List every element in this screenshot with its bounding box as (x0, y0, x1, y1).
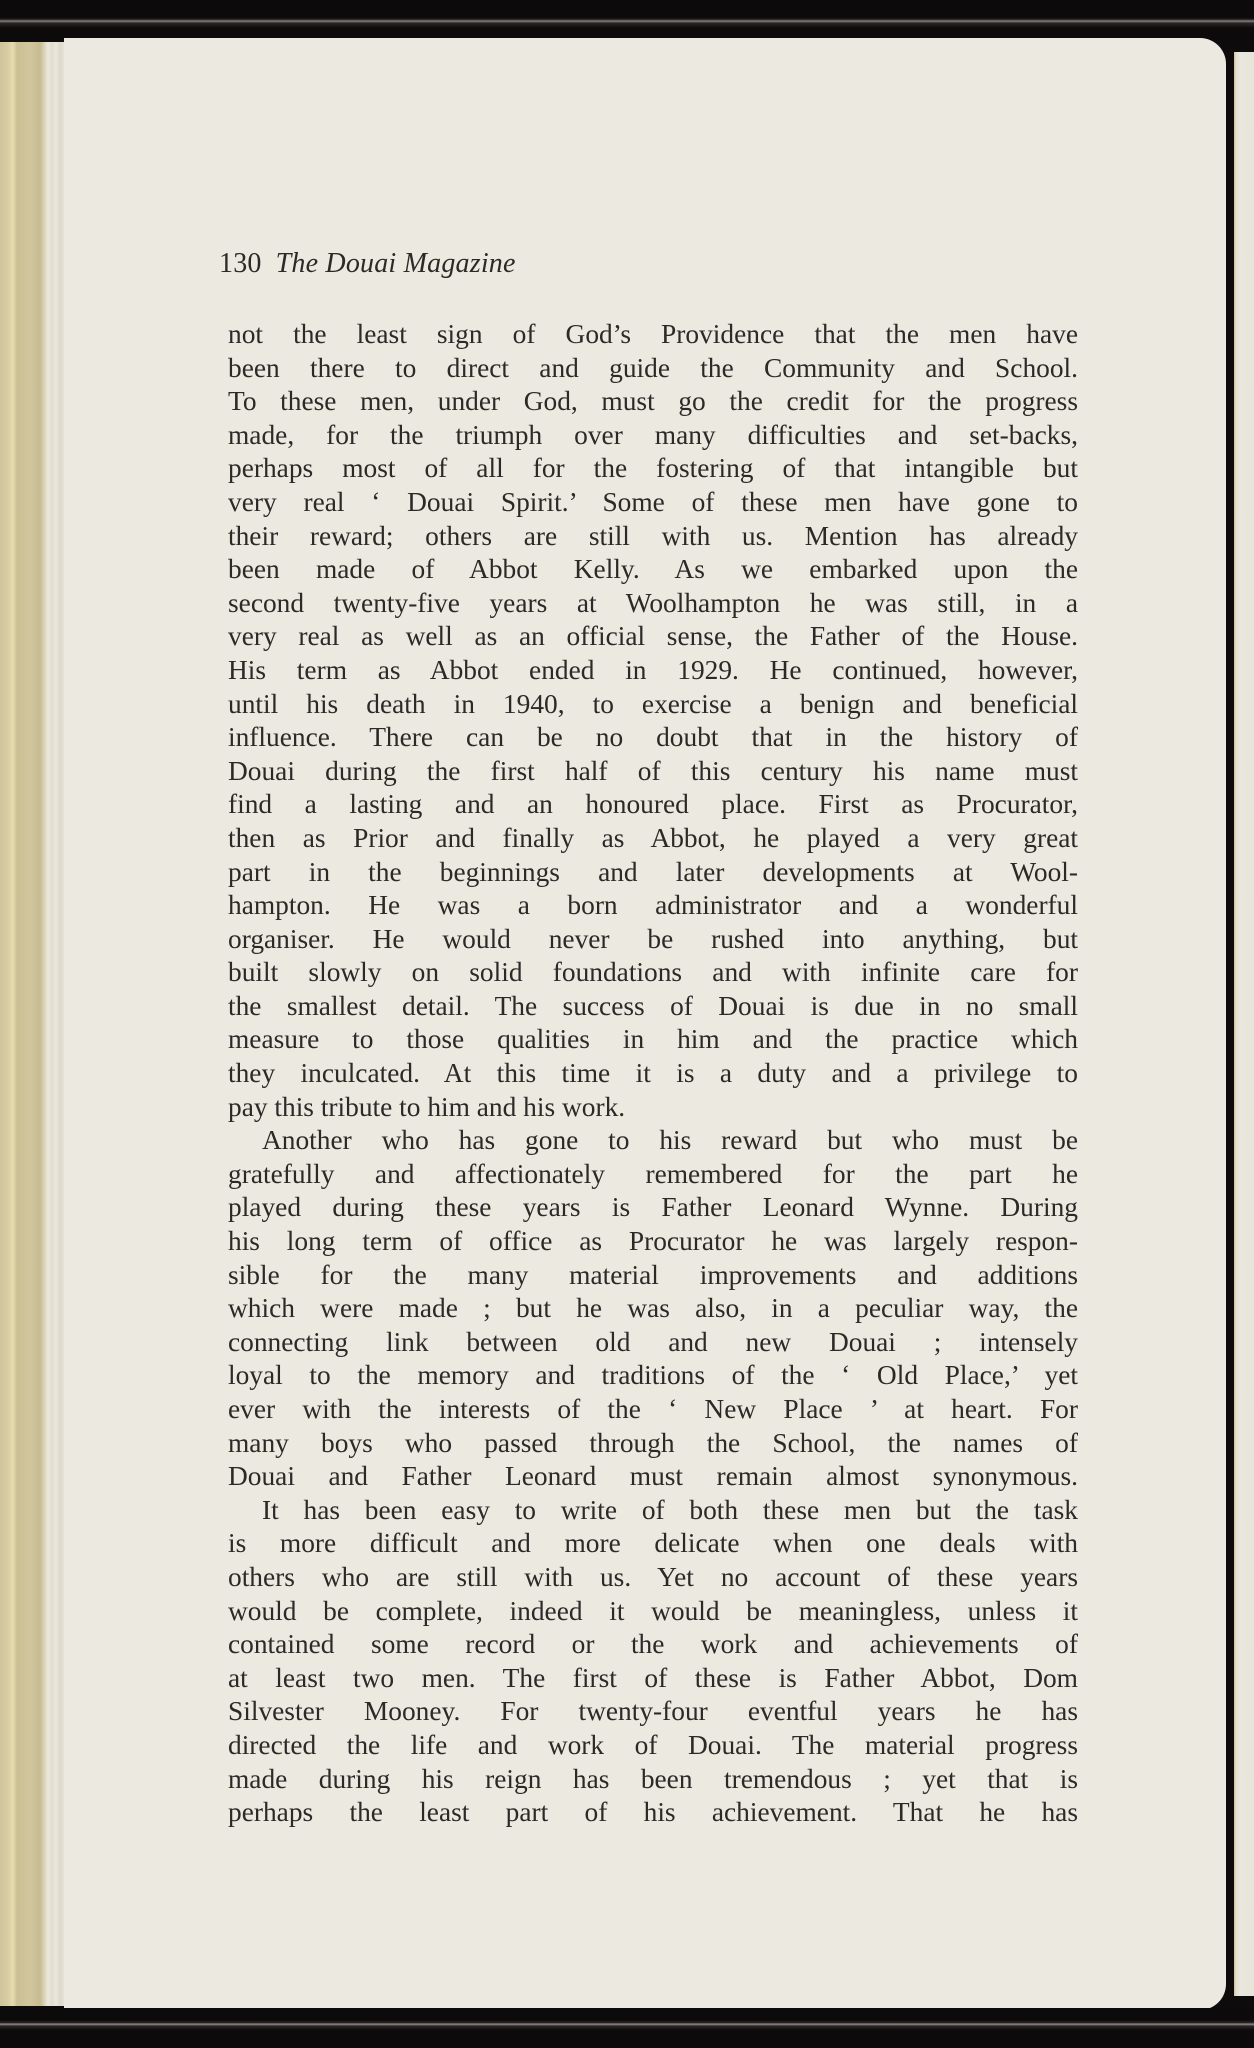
text-line: Douai during the first half of this cent… (228, 755, 1078, 789)
text-line: His term as Abbot ended in 1929. He cont… (228, 654, 1078, 688)
text-line: made during his reign has been tremendou… (228, 1763, 1078, 1797)
text-line: loyal to the memory and traditions of th… (228, 1359, 1078, 1393)
page-stack-edge-left (0, 42, 64, 2006)
page-number: 130 (219, 248, 262, 279)
text-line: Douai and Father Leonard must remain alm… (228, 1460, 1078, 1494)
scanned-book-page: 130The Douai Magazine not the least sign… (0, 0, 1254, 2048)
text-line: built slowly on solid foundations and wi… (228, 956, 1078, 990)
text-line: connecting link between old and new Doua… (228, 1326, 1078, 1360)
text-line: others who are still with us. Yet no acc… (228, 1561, 1078, 1595)
text-line: Silvester Mooney. For twenty-four eventf… (228, 1695, 1078, 1729)
text-line: played during these years is Father Leon… (228, 1191, 1078, 1225)
text-line: they inculcated. At this time it is a du… (228, 1057, 1078, 1091)
binding-edge-bottom (0, 2008, 1254, 2048)
publication-title: The Douai Magazine (276, 248, 516, 279)
text-line: until his death in 1940, to exercise a b… (228, 688, 1078, 722)
paragraph-3: It has been easy to write of both these … (228, 1494, 1078, 1830)
text-line: perhaps most of all for the fostering of… (228, 452, 1078, 486)
text-line: measure to those qualities in him and th… (228, 1023, 1078, 1057)
text-line: their reward; others are still with us. … (228, 520, 1078, 554)
body-text: not the least sign of God’s Providence t… (228, 318, 1078, 1830)
binding-edge-top (0, 0, 1254, 40)
text-line: gratefully and affectionately remembered… (228, 1158, 1078, 1192)
text-line: very real as well as an official sense, … (228, 620, 1078, 654)
text-line: ever with the interests of the ‘ New Pla… (228, 1393, 1078, 1427)
text-line: the smallest detail. The success of Doua… (228, 990, 1078, 1024)
text-line: been there to direct and guide the Commu… (228, 352, 1078, 386)
text-line: Another who has gone to his reward but w… (228, 1124, 1078, 1158)
text-line: directed the life and work of Douai. The… (228, 1729, 1078, 1763)
paragraph-1: not the least sign of God’s Providence t… (228, 318, 1078, 1124)
text-line: organiser. He would never be rushed into… (228, 923, 1078, 957)
text-line: second twenty-five years at Woolhampton … (228, 587, 1078, 621)
text-line: is more difficult and more delicate when… (228, 1527, 1078, 1561)
text-line: sible for the many material improvements… (228, 1259, 1078, 1293)
text-line: influence. There can be no doubt that in… (228, 721, 1078, 755)
text-line: which were made ; but he was also, in a … (228, 1292, 1078, 1326)
text-line: his long term of office as Procurator he… (228, 1225, 1078, 1259)
text-line: at least two men. The first of these is … (228, 1662, 1078, 1696)
text-line: not the least sign of God’s Providence t… (228, 318, 1078, 352)
text-line: been made of Abbot Kelly. As we embarked… (228, 553, 1078, 587)
text-line: part in the beginnings and later develop… (228, 856, 1078, 890)
text-line: many boys who passed through the School,… (228, 1427, 1078, 1461)
paragraph-2: Another who has gone to his reward but w… (228, 1124, 1078, 1494)
text-line: pay this tribute to him and his work. (228, 1091, 1078, 1125)
running-head: 130The Douai Magazine (219, 248, 516, 280)
text-line: To these men, under God, must go the cre… (228, 385, 1078, 419)
text-line: It has been easy to write of both these … (228, 1494, 1078, 1528)
text-line: would be complete, indeed it would be me… (228, 1595, 1078, 1629)
text-line: very real ‘ Douai Spirit.’ Some of these… (228, 486, 1078, 520)
text-line: contained some record or the work and ac… (228, 1628, 1078, 1662)
text-line: made, for the triumph over many difficul… (228, 419, 1078, 453)
facing-page-edge-right (1234, 52, 1254, 1996)
text-line: perhaps the least part of his achievemen… (228, 1796, 1078, 1830)
text-line: find a lasting and an honoured place. Fi… (228, 788, 1078, 822)
text-line: hampton. He was a born administrator and… (228, 889, 1078, 923)
text-line: then as Prior and finally as Abbot, he p… (228, 822, 1078, 856)
